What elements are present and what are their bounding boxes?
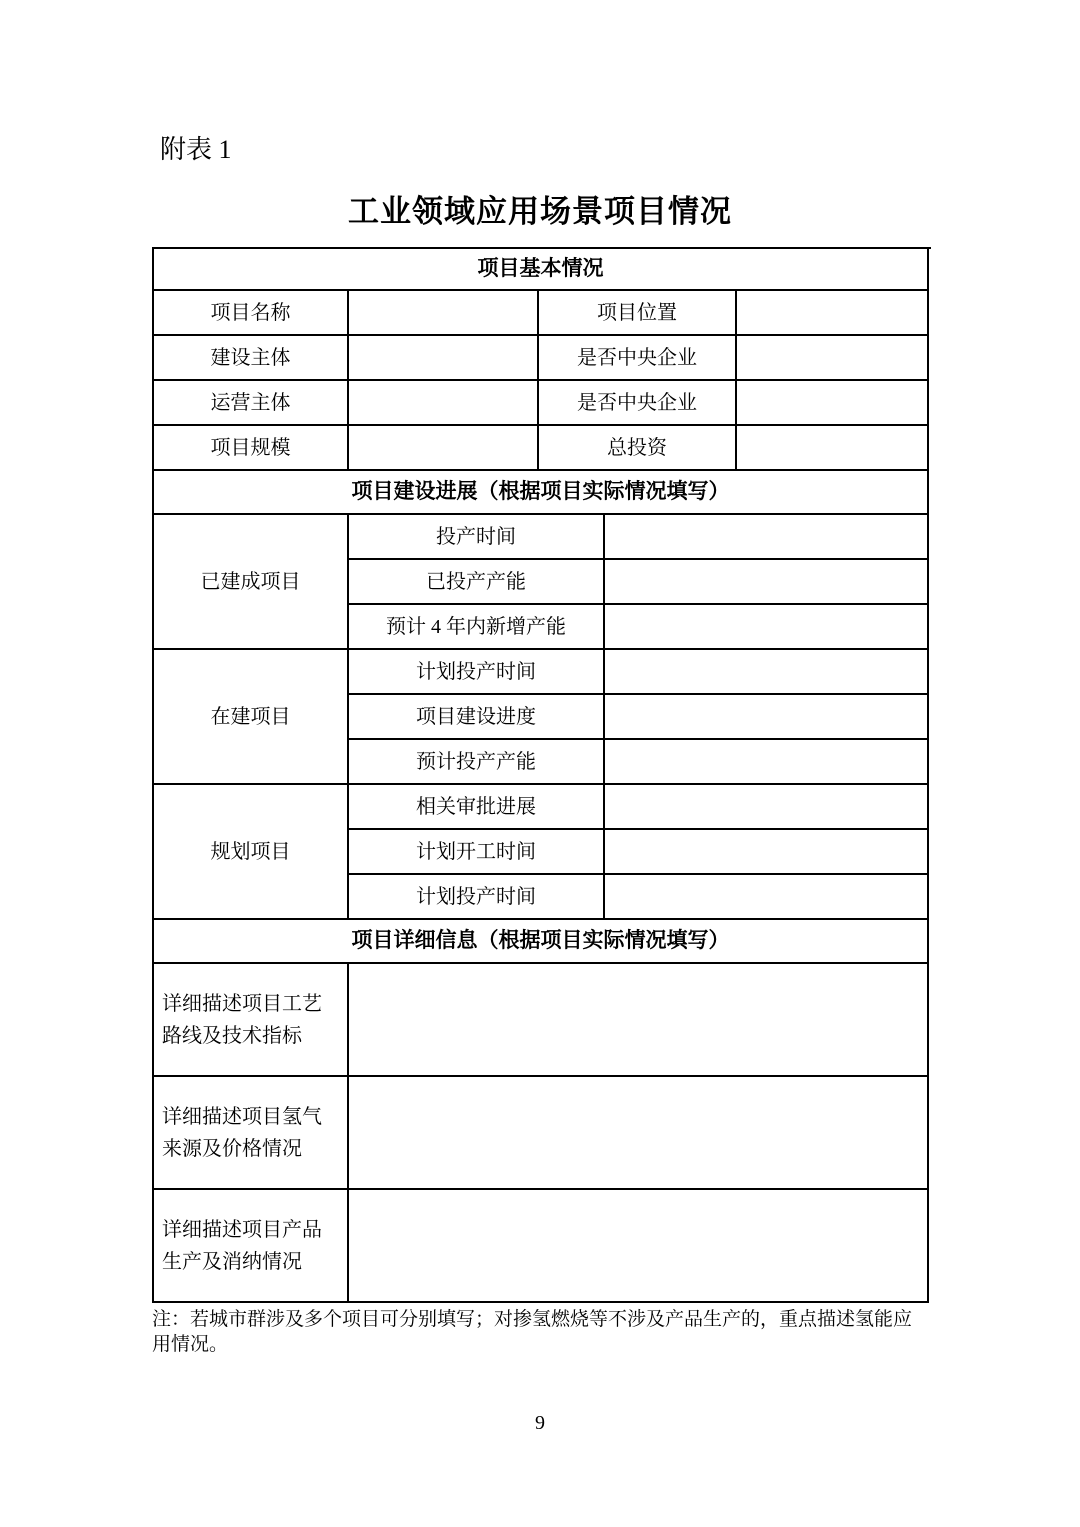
field-value-planned-production-time (605, 650, 929, 695)
section-basic-info: 项目基本情况 项目名称 项目位置 建设主体 是否中央企业 运营主体 是否中央企业… (154, 249, 931, 471)
field-label-hydrogen-source-price: 详细描述项目氢气 来源及价格情况 (154, 1077, 349, 1190)
section-header-basic-info: 项目基本情况 (154, 249, 929, 291)
field-label-planned-production-time-2: 计划投产时间 (349, 875, 605, 920)
field-label-production-start-time: 投产时间 (349, 515, 605, 560)
field-label-product-consumption: 详细描述项目产品 生产及消纳情况 (154, 1190, 349, 1303)
field-value-planned-start-time (605, 830, 929, 875)
field-label-central-enterprise-1: 是否中央企业 (539, 336, 737, 381)
field-value-project-location (737, 291, 929, 336)
field-label-project-location: 项目位置 (539, 291, 737, 336)
field-label-expected-capacity: 预计投产产能 (349, 740, 605, 785)
field-label-project-scale: 项目规模 (154, 426, 349, 471)
section-construction-progress: 项目建设进展（根据项目实际情况填写） 已建成项目 投产时间 已投产产能 预计 4… (154, 471, 931, 920)
field-value-hydrogen-source-price (349, 1077, 929, 1190)
group-label-completed-project: 已建成项目 (154, 515, 349, 650)
field-label-operating-entity: 运营主体 (154, 381, 349, 426)
group-label-under-construction-project: 在建项目 (154, 650, 349, 785)
field-value-commissioned-capacity (605, 560, 929, 605)
field-label-commissioned-capacity: 已投产产能 (349, 560, 605, 605)
group-label-planned-project: 规划项目 (154, 785, 349, 920)
field-label-central-enterprise-2: 是否中央企业 (539, 381, 737, 426)
field-label-project-name: 项目名称 (154, 291, 349, 336)
field-value-construction-entity (349, 336, 539, 381)
field-label-planned-production-time: 计划投产时间 (349, 650, 605, 695)
field-value-planned-production-time-2 (605, 875, 929, 920)
field-label-planned-start-time: 计划开工时间 (349, 830, 605, 875)
page-title: 工业领域应用场景项目情况 (0, 186, 1080, 231)
field-label-new-capacity-4-years: 预计 4 年内新增产能 (349, 605, 605, 650)
field-label-process-route: 详细描述项目工艺 路线及技术指标 (154, 964, 349, 1077)
attachment-label: 附表 1 (160, 134, 232, 165)
field-label-construction-entity: 建设主体 (154, 336, 349, 381)
field-value-project-scale (349, 426, 539, 471)
field-label-construction-progress: 项目建设进度 (349, 695, 605, 740)
field-value-new-capacity-4-years (605, 605, 929, 650)
page-number: 9 (0, 1412, 1080, 1435)
field-value-central-enterprise-1 (737, 336, 929, 381)
section-detailed-info: 项目详细信息（根据项目实际情况填写） 详细描述项目工艺 路线及技术指标 详细描述… (154, 920, 931, 1303)
field-label-total-investment: 总投资 (539, 426, 737, 471)
field-value-production-start-time (605, 515, 929, 560)
field-value-central-enterprise-2 (737, 381, 929, 426)
field-value-operating-entity (349, 381, 539, 426)
field-value-approval-progress (605, 785, 929, 830)
field-value-project-name (349, 291, 539, 336)
field-value-total-investment (737, 426, 929, 471)
project-form-table: 项目基本情况 项目名称 项目位置 建设主体 是否中央企业 运营主体 是否中央企业… (152, 247, 931, 1303)
document-page: 附表 1 工业领域应用场景项目情况 项目基本情况 项目名称 项目位置 建设主体 … (0, 0, 1080, 1527)
field-value-construction-progress (605, 695, 929, 740)
field-value-product-consumption (349, 1190, 929, 1303)
field-label-approval-progress: 相关审批进展 (349, 785, 605, 830)
section-header-construction-progress: 项目建设进展（根据项目实际情况填写） (154, 471, 929, 515)
field-value-expected-capacity (605, 740, 929, 785)
section-header-detailed-info: 项目详细信息（根据项目实际情况填写） (154, 920, 929, 964)
field-value-process-route (349, 964, 929, 1077)
footnote: 注：若城市群涉及多个项目可分别填写；对掺氢燃烧等不涉及产品生产的，重点描述氢能应… (152, 1308, 934, 1357)
